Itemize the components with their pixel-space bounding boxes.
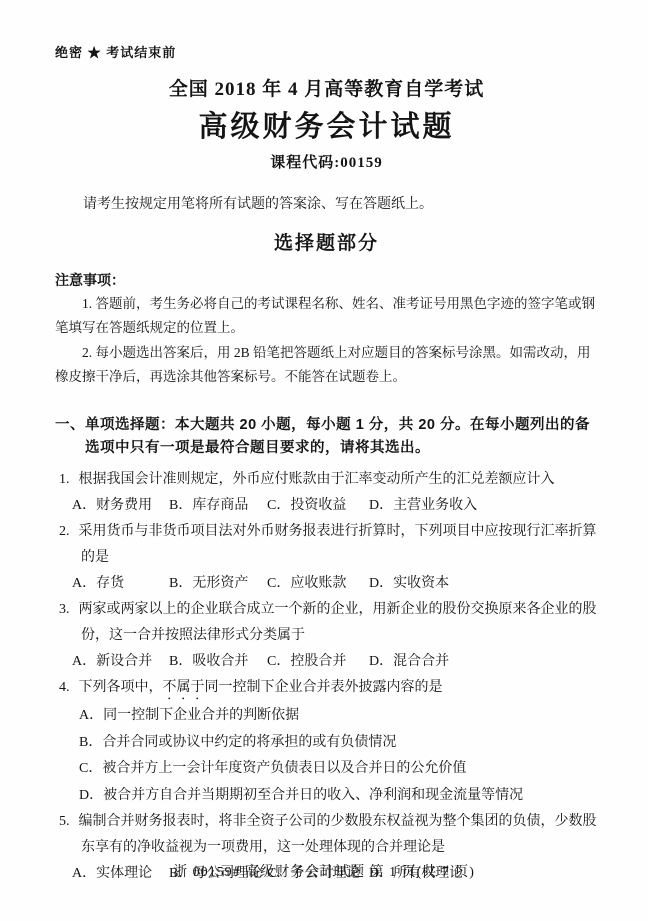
note-item-2: 2. 每小题选出答案后，用 2B 铅笔把答题纸上对应题目的答案标号涂黑。如需改动…	[55, 341, 598, 388]
page-footer: 浙 00159# 高级财务会计试题 第 1 页(共 7 页)	[0, 861, 648, 881]
part1-heading: 一、单项选择题：本大题共 20 小题，每小题 1 分，共 20 分。在每小题列出…	[55, 414, 598, 460]
option-d: D．被合并方自合并当期期初至合并日的收入、净利润和现金流量等情况	[79, 783, 598, 810]
option-row: A．新设合并 B．吸收合并 C．控股合并 D．混合合并	[72, 649, 598, 675]
question-text-post: 同一控制下企业合并表外披露内容的是	[205, 680, 443, 695]
option-row: A．存货 B．无形资产 C．应收账款 D．实收资本	[72, 571, 598, 597]
option-row: A．财务费用 B．库存商品 C．投资收益 D．主营业务收入	[72, 493, 598, 519]
option-d: D．主营业务收入	[369, 493, 598, 519]
answer-sheet-instruction: 请考生按规定用笔将所有试题的答案涂、写在答题纸上。	[55, 193, 598, 213]
question-number: 1.	[59, 472, 70, 487]
question-number: 4.	[59, 680, 70, 695]
option-b: B．合并合同或协议中约定的将承担的或有负债情况	[79, 730, 598, 757]
question-number: 2.	[59, 524, 70, 539]
notes-heading: 注意事项：	[55, 270, 598, 290]
question-number: 3.	[59, 602, 70, 617]
option-d: D．混合合并	[369, 649, 598, 675]
exam-session-title: 全国 2018 年 4 月高等教育自学考试	[55, 74, 598, 101]
option-b: B．无形资产	[169, 571, 267, 597]
question-stem: 3.两家或两家以上的企业联合成立一个新的企业，用新企业的股份交换原来各企业的股份…	[59, 597, 598, 649]
option-stack: A．同一控制下企业合并的判断依据 B．合并合同或协议中约定的将承担的或有负债情况…	[79, 703, 598, 809]
option-a: A．存货	[72, 571, 169, 597]
option-c: C．投资收益	[267, 493, 369, 519]
option-a: A．财务费用	[72, 493, 169, 519]
question-text-pre: 下列各项中，	[79, 680, 163, 695]
note-item-1: 1. 答题前，考生务必将自己的考试课程名称、姓名、准考证号用黑色字迹的签字笔或钢…	[55, 292, 598, 339]
question-text: 两家或两家以上的企业联合成立一个新的企业，用新企业的股份交换原来各企业的股份，这…	[79, 602, 597, 643]
question-stem: 1.根据我国会计准则规定，外币应付账款由于汇率变动所产生的汇兑差额应计入	[59, 467, 598, 493]
section-title: 选择题部分	[55, 228, 598, 255]
option-d: D．实收资本	[369, 571, 598, 597]
question-text: 编制合并财务报表时，将非全资子公司的少数股东权益视为整个集团的负债，少数股东享有…	[79, 814, 597, 855]
question-text: 采用货币与非货币项目法对外币财务报表进行折算时，下列项目中应按现行汇率折算的是	[79, 524, 597, 565]
option-c: C．被合并方上一会计年度资产负债表日以及合并日的公允价值	[79, 756, 598, 783]
question-text-emphasized: 不属于	[163, 680, 205, 695]
security-classification-label: 绝密 ★ 考试结束前	[55, 42, 598, 61]
question-3: 3.两家或两家以上的企业联合成立一个新的企业，用新企业的股份交换原来各企业的股份…	[59, 597, 598, 675]
question-text: 根据我国会计准则规定，外币应付账款由于汇率变动所产生的汇兑差额应计入	[79, 472, 555, 487]
question-4: 4.下列各项中，不属于同一控制下企业合并表外披露内容的是 A．同一控制下企业合并…	[59, 675, 598, 809]
question-1: 1.根据我国会计准则规定，外币应付账款由于汇率变动所产生的汇兑差额应计入 A．财…	[59, 467, 598, 519]
option-a: A．同一控制下企业合并的判断依据	[79, 703, 598, 730]
option-a: A．新设合并	[72, 649, 169, 675]
question-stem: 2.采用货币与非货币项目法对外币财务报表进行折算时，下列项目中应按现行汇率折算的…	[59, 519, 598, 571]
option-c: C．应收账款	[267, 571, 369, 597]
course-code: 课程代码:00159	[55, 151, 598, 172]
paper-title: 高级财务会计试题	[55, 104, 598, 145]
question-2: 2.采用货币与非货币项目法对外币财务报表进行折算时，下列项目中应按现行汇率折算的…	[59, 519, 598, 597]
question-stem: 5.编制合并财务报表时，将非全资子公司的少数股东权益视为整个集团的负债，少数股东…	[59, 809, 598, 861]
question-number: 5.	[59, 814, 70, 829]
exam-paper-page: 绝密 ★ 考试结束前 全国 2018 年 4 月高等教育自学考试 高级财务会计试…	[0, 0, 648, 921]
question-stem: 4.下列各项中，不属于同一控制下企业合并表外披露内容的是	[59, 675, 598, 703]
option-b: B．库存商品	[169, 493, 267, 519]
option-b: B．吸收合并	[169, 649, 267, 675]
option-c: C．控股合并	[267, 649, 369, 675]
question-list: 1.根据我国会计准则规定，外币应付账款由于汇率变动所产生的汇兑差额应计入 A．财…	[59, 467, 598, 887]
